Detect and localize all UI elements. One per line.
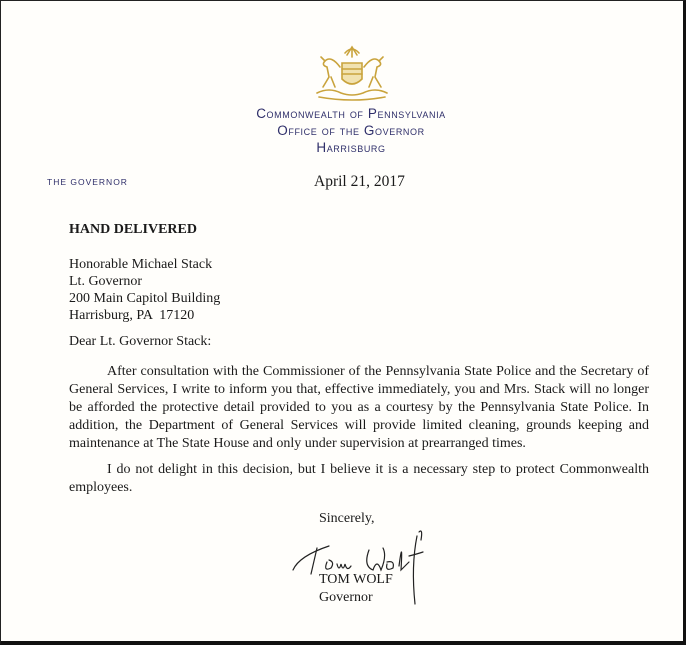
letterhead: Commonwealth of Pennsylvania Office of t… [201, 105, 501, 156]
delivery-method: HAND DELIVERED [69, 222, 197, 238]
signer-name: TOM WOLF [319, 571, 393, 589]
letter-date: April 21, 2017 [314, 173, 405, 191]
closing: Sincerely, [319, 511, 374, 527]
recipient-address-line2: Harrisburg, PA 17120 [69, 307, 220, 324]
recipient-name: Honorable Michael Stack [69, 256, 220, 273]
recipient-address: Honorable Michael Stack Lt. Governor 200… [69, 256, 220, 324]
letterhead-city: Harrisburg [201, 139, 501, 156]
letter-page: Commonwealth of Pennsylvania Office of t… [0, 0, 686, 645]
body-paragraph-2: I do not delight in this decision, but I… [69, 461, 649, 497]
letterhead-office: Office of the Governor [201, 122, 501, 139]
salutation: Dear Lt. Governor Stack: [69, 334, 211, 350]
letterhead-commonwealth: Commonwealth of Pennsylvania [201, 105, 501, 122]
recipient-title: Lt. Governor [69, 273, 220, 290]
recipient-address-line1: 200 Main Capitol Building [69, 290, 220, 307]
signer-block: TOM WOLF Governor [319, 571, 393, 607]
seal-icon [309, 43, 395, 105]
body-paragraph-1: After consultation with the Commissioner… [69, 363, 649, 453]
signer-title: Governor [319, 589, 393, 607]
sender-label: THE GOVERNOR [47, 177, 128, 187]
body-paragraph-2-text: I do not delight in this decision, but I… [69, 462, 649, 495]
body-paragraph-1-text: After consultation with the Commissioner… [69, 364, 649, 451]
